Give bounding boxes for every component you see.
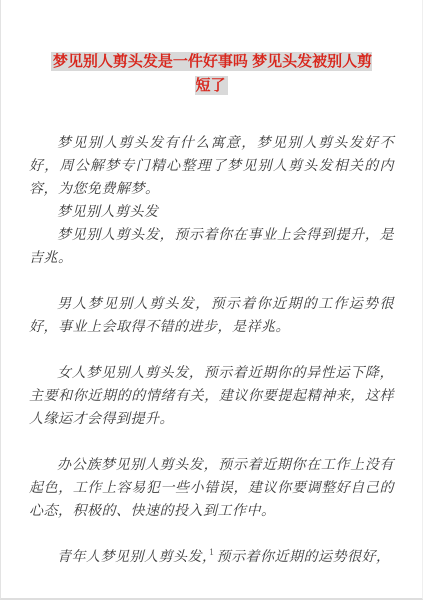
- page-number: 1: [1, 547, 422, 557]
- paragraph: 梦见别人剪头发，预示着你在事业上会得到提升，是吉兆。: [29, 224, 394, 270]
- paragraph: 办公族梦见别人剪头发，预示着近期你在工作上没有起色，工作上容易犯一些小错误，建议…: [29, 454, 394, 523]
- paragraph: 梦见别人剪头发有什么寓意，梦见别人剪头发好不好，周公解梦专门精心整理了梦见别人剪…: [29, 132, 394, 201]
- article-body: 梦见别人剪头发有什么寓意，梦见别人剪头发好不好，周公解梦专门精心整理了梦见别人剪…: [29, 132, 394, 569]
- document-page: 梦见别人剪头发是一件好事吗 梦见头发被别人剪短了 梦见别人剪头发有什么寓意，梦见…: [0, 0, 423, 600]
- paragraph: 男人梦见别人剪头发，预示着你近期的工作运势很好，事业上会取得不错的进步，是祥兆。: [29, 293, 394, 339]
- page-title-text: 梦见别人剪头发是一件好事吗 梦见头发被别人剪短了: [51, 52, 372, 95]
- paragraph: 女人梦见别人剪头发，预示着近期你的异性运下降，主要和你近期的的情绪有关，建议你要…: [29, 362, 394, 431]
- paragraph: 梦见别人剪头发: [29, 201, 394, 224]
- page-title: 梦见别人剪头发是一件好事吗 梦见头发被别人剪短了: [46, 50, 378, 98]
